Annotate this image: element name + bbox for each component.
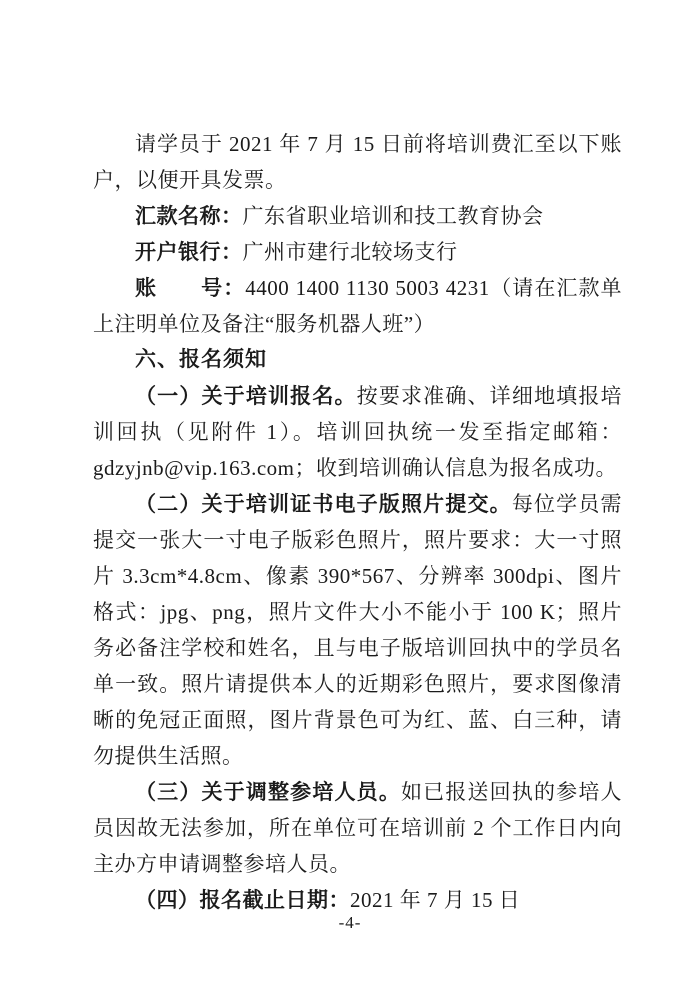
bold-text-segment: （一）关于培训报名。	[135, 384, 357, 408]
paragraph: 账 号：4400 1400 1130 5003 4231（请在汇款单上注明单位及…	[93, 270, 622, 342]
text-segment: 2021 年 7 月 15 日	[350, 888, 520, 912]
text-segment: 广州市建行北较场支行	[243, 240, 458, 264]
paragraph: 请学员于 2021 年 7 月 15 日前将培训费汇至以下账户，以便开具发票。	[93, 126, 622, 198]
paragraph: （一）关于培训报名。按要求准确、详细地填报培训回执（见附件 1）。培训回执统一发…	[93, 378, 622, 486]
document-page: 请学员于 2021 年 7 月 15 日前将培训费汇至以下账户，以便开具发票。汇…	[0, 0, 700, 990]
section-heading: 六、报名须知	[93, 342, 622, 378]
bold-text-segment: （四）报名截止日期：	[135, 888, 350, 912]
bold-text-segment: 账 号：	[135, 276, 245, 300]
paragraph: 汇款名称：广东省职业培训和技工教育协会	[93, 198, 622, 234]
text-segment: 广东省职业培训和技工教育协会	[243, 204, 544, 228]
bold-text-segment: （二）关于培训证书电子版照片提交。	[135, 492, 512, 516]
bold-text-segment: 汇款名称：	[135, 204, 243, 228]
paragraph: （二）关于培训证书电子版照片提交。每位学员需提交一张大一寸电子版彩色照片，照片要…	[93, 486, 622, 774]
document-body: 请学员于 2021 年 7 月 15 日前将培训费汇至以下账户，以便开具发票。汇…	[93, 126, 622, 918]
paragraph: （三）关于调整参培人员。如已报送回执的参培人员因故无法参加，所在单位可在培训前 …	[93, 774, 622, 882]
page-number: -4-	[0, 913, 700, 933]
bold-text-segment: 六、报名须知	[135, 348, 267, 371]
paragraph: 开户银行：广州市建行北较场支行	[93, 234, 622, 270]
text-segment: 每位学员需提交一张大一寸电子版彩色照片，照片要求：大一寸照片 3.3cm*4.8…	[93, 492, 622, 768]
bold-text-segment: 开户银行：	[135, 240, 243, 264]
bold-text-segment: （三）关于调整参培人员。	[135, 780, 401, 804]
text-segment: 请学员于 2021 年 7 月 15 日前将培训费汇至以下账户，以便开具发票。	[93, 132, 622, 192]
